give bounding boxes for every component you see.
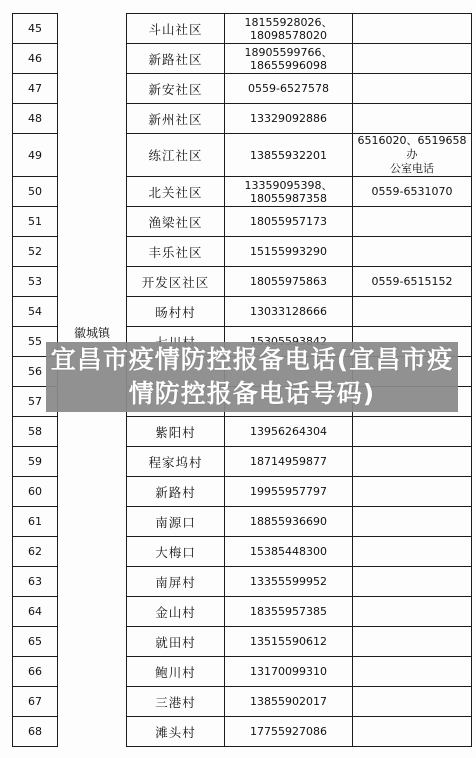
remark-cell (353, 597, 472, 627)
community-name-cell: 金山村 (127, 597, 225, 627)
community-name-cell: 练江社区 (127, 134, 225, 177)
watermark-overlay: 宜昌市疫情防控报备电话(宜昌市疫 情防控报备电话号码) (46, 342, 458, 412)
remark-cell (353, 717, 472, 747)
community-name-cell: 大梅口 (127, 537, 225, 567)
row-number-cell: 48 (13, 104, 58, 134)
phone-cell: 15385448300 (225, 537, 353, 567)
phone-cell: 18714959877 (225, 447, 353, 477)
phone-cell: 18905599766、 18655996098 (225, 44, 353, 74)
row-number-cell: 65 (13, 627, 58, 657)
row-number-cell: 49 (13, 134, 58, 177)
phone-cell: 13329092886 (225, 104, 353, 134)
row-number-cell: 50 (13, 177, 58, 207)
phone-cell: 18155928026、 18098578020 (225, 14, 353, 44)
row-number-cell: 52 (13, 237, 58, 267)
row-number-cell: 59 (13, 447, 58, 477)
community-name-cell: 北关社区 (127, 177, 225, 207)
community-name-cell: 紫阳村 (127, 417, 225, 447)
phone-cell: 13170099310 (225, 657, 353, 687)
community-name-cell: 新路村 (127, 477, 225, 507)
remark-cell: 0559-6515152 (353, 267, 472, 297)
community-name-cell: 丰乐社区 (127, 237, 225, 267)
phone-cell: 0559-6527578 (225, 74, 353, 104)
phone-cell: 19955957797 (225, 477, 353, 507)
phone-cell: 18055957173 (225, 207, 353, 237)
row-number-cell: 64 (13, 597, 58, 627)
remark-cell (353, 417, 472, 447)
community-name-cell: 斗山社区 (127, 14, 225, 44)
community-name-cell: 三港村 (127, 687, 225, 717)
phone-cell: 17755927086 (225, 717, 353, 747)
remark-cell (353, 207, 472, 237)
phone-cell: 13359095398、 18055987358 (225, 177, 353, 207)
row-number-cell: 58 (13, 417, 58, 447)
remark-cell (353, 14, 472, 44)
community-name-cell: 新安社区 (127, 74, 225, 104)
table-row: 45徽城镇斗山社区18155928026、 18098578020 (13, 14, 472, 44)
town-label: 徽城镇 (58, 324, 126, 341)
row-number-cell: 60 (13, 477, 58, 507)
remark-cell: 6516020、6519658办 公室电话 (353, 134, 472, 177)
community-name-cell: 旸村村 (127, 297, 225, 327)
community-name-cell: 开发区社区 (127, 267, 225, 297)
phone-cell: 18355957385 (225, 597, 353, 627)
community-name-cell: 南屏村 (127, 567, 225, 597)
remark-cell (353, 297, 472, 327)
phone-cell: 13515590612 (225, 627, 353, 657)
phone-cell: 13956264304 (225, 417, 353, 447)
community-name-cell: 鲍川村 (127, 657, 225, 687)
phone-cell: 13355599952 (225, 567, 353, 597)
community-name-cell: 渔梁社区 (127, 207, 225, 237)
remark-cell (353, 687, 472, 717)
remark-cell (353, 507, 472, 537)
row-number-cell: 61 (13, 507, 58, 537)
remark-cell (353, 44, 472, 74)
remark-cell (353, 537, 472, 567)
watermark-title: 宜昌市疫情防控报备电话(宜昌市疫 情防控报备电话号码) (51, 343, 453, 411)
row-number-cell: 68 (13, 717, 58, 747)
remark-cell: 0559-6531070 (353, 177, 472, 207)
phone-cell: 13033128666 (225, 297, 353, 327)
remark-cell (353, 657, 472, 687)
community-name-cell: 新州社区 (127, 104, 225, 134)
row-number-cell: 67 (13, 687, 58, 717)
community-name-cell: 程家坞村 (127, 447, 225, 477)
row-number-cell: 63 (13, 567, 58, 597)
community-name-cell: 新路社区 (127, 44, 225, 74)
remark-cell (353, 627, 472, 657)
phone-cell: 13855932201 (225, 134, 353, 177)
phone-cell: 18055975863 (225, 267, 353, 297)
row-number-cell: 62 (13, 537, 58, 567)
community-name-cell: 滩头村 (127, 717, 225, 747)
remark-cell (353, 237, 472, 267)
remark-cell (353, 567, 472, 597)
row-number-cell: 66 (13, 657, 58, 687)
row-number-cell: 51 (13, 207, 58, 237)
phone-cell: 15155993290 (225, 237, 353, 267)
phone-cell: 18855936690 (225, 507, 353, 537)
row-number-cell: 47 (13, 74, 58, 104)
remark-cell (353, 74, 472, 104)
row-number-cell: 53 (13, 267, 58, 297)
row-number-cell: 54 (13, 297, 58, 327)
phone-cell: 13855902017 (225, 687, 353, 717)
row-number-cell: 45 (13, 14, 58, 44)
community-name-cell: 就田村 (127, 627, 225, 657)
row-number-cell: 46 (13, 44, 58, 74)
remark-cell (353, 447, 472, 477)
remark-cell (353, 477, 472, 507)
page: 45徽城镇斗山社区18155928026、 1809857802046新路社区1… (0, 0, 476, 758)
community-name-cell: 南源口 (127, 507, 225, 537)
remark-cell (353, 104, 472, 134)
